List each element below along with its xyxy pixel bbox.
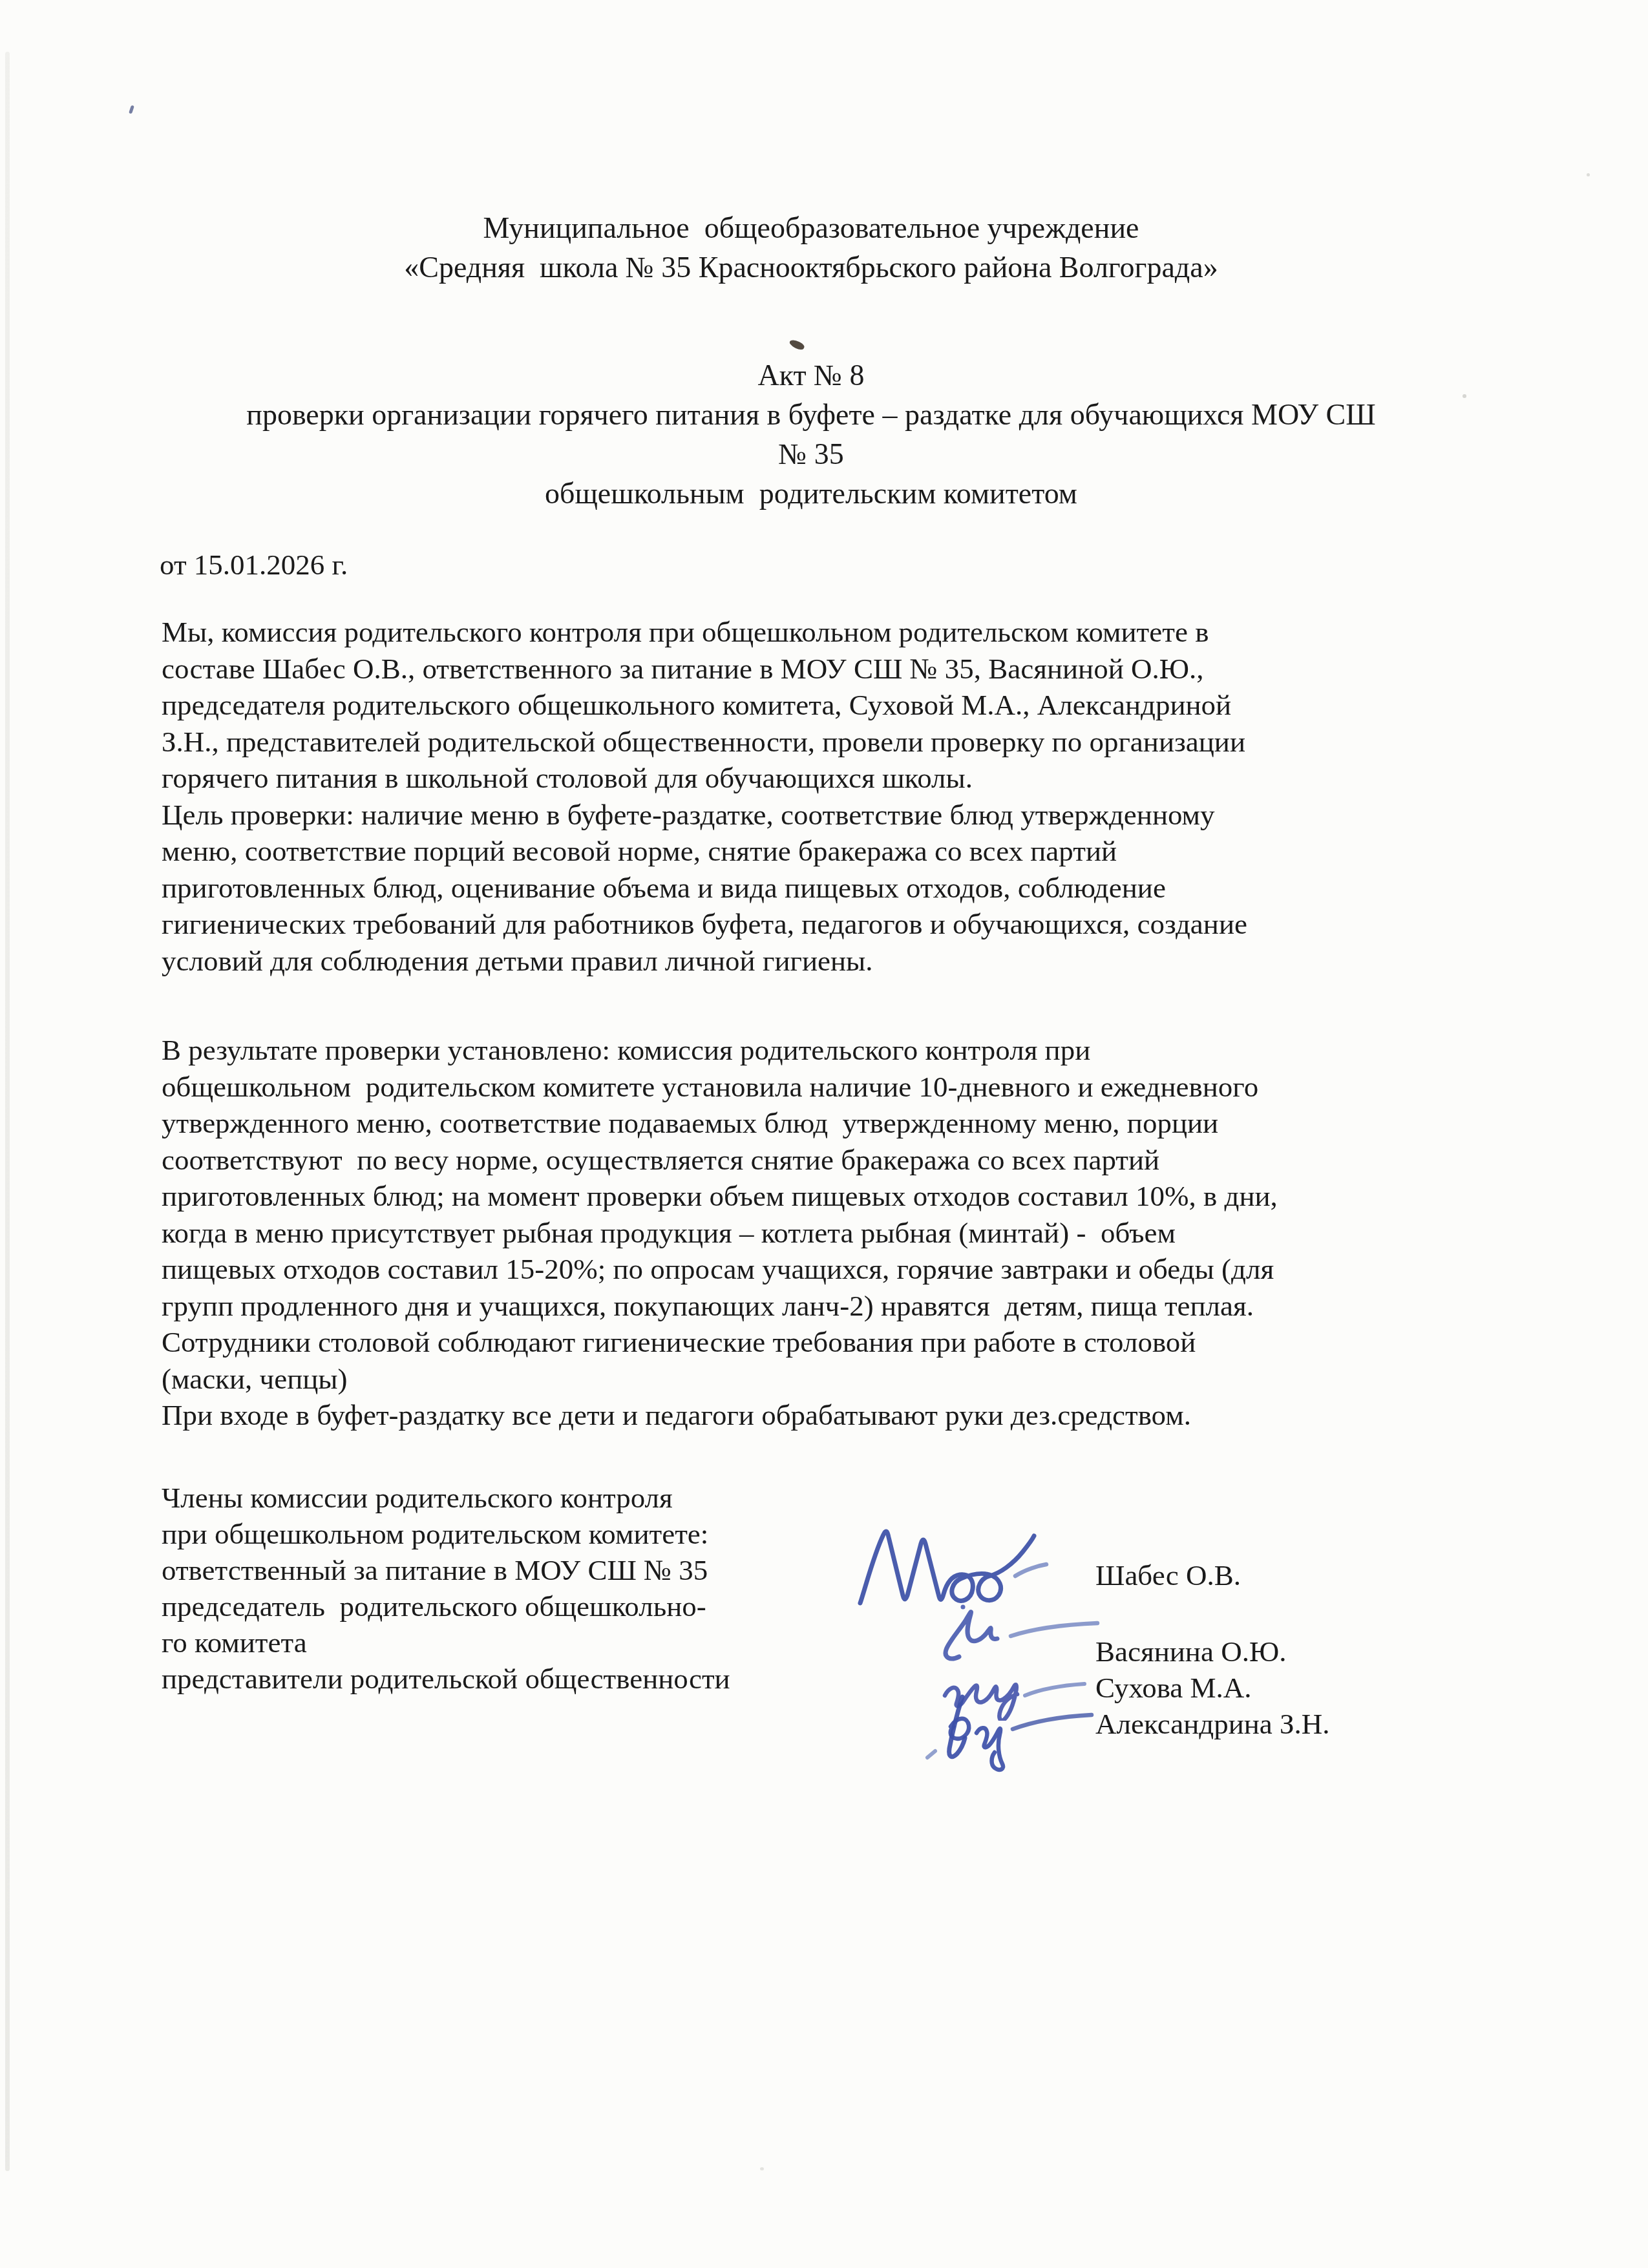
- org-name-line-1: Муниципальное общеобразовательное учрежд…: [129, 208, 1493, 247]
- scan-mark: [788, 338, 805, 352]
- act-title-block: Акт № 8 проверки организации горячего пи…: [129, 355, 1493, 513]
- document-page: Муниципальное общеобразовательное учрежд…: [0, 0, 1648, 2268]
- signature-aleksandrina: [921, 1688, 1102, 1775]
- org-name-line-2: «Средняя школа № 35 Краснооктябрьского р…: [129, 247, 1493, 287]
- org-header: Муниципальное общеобразовательное учрежд…: [129, 208, 1493, 287]
- scan-speck: [760, 2167, 764, 2170]
- signer-name-vasyanina: Васянина О.Ю.: [1095, 1635, 1286, 1668]
- scan-speck: [1587, 173, 1590, 176]
- scan-speck: [129, 105, 134, 114]
- act-subject-line: проверки организации горячего питания в …: [129, 395, 1493, 434]
- signer-name-shabes: Шабес О.В.: [1095, 1559, 1241, 1592]
- body-paragraph-results: В результате проверки установлено: комис…: [162, 1032, 1538, 1434]
- signature-vasyanina: [931, 1601, 1105, 1663]
- act-subject-number: № 35: [129, 434, 1493, 474]
- scan-edge-shadow: [5, 52, 10, 2171]
- act-committee-line: общешкольным родительским комитетом: [129, 474, 1493, 513]
- signer-name-aleksandrina: Александрина З.Н.: [1095, 1707, 1330, 1741]
- body-paragraph-commission: Мы, комиссия родительского контроля при …: [162, 614, 1538, 979]
- act-number-heading: Акт № 8: [129, 355, 1493, 395]
- signer-name-sukhova: Сухова М.А.: [1095, 1671, 1252, 1705]
- date-line: от 15.01.2026 г.: [160, 547, 348, 583]
